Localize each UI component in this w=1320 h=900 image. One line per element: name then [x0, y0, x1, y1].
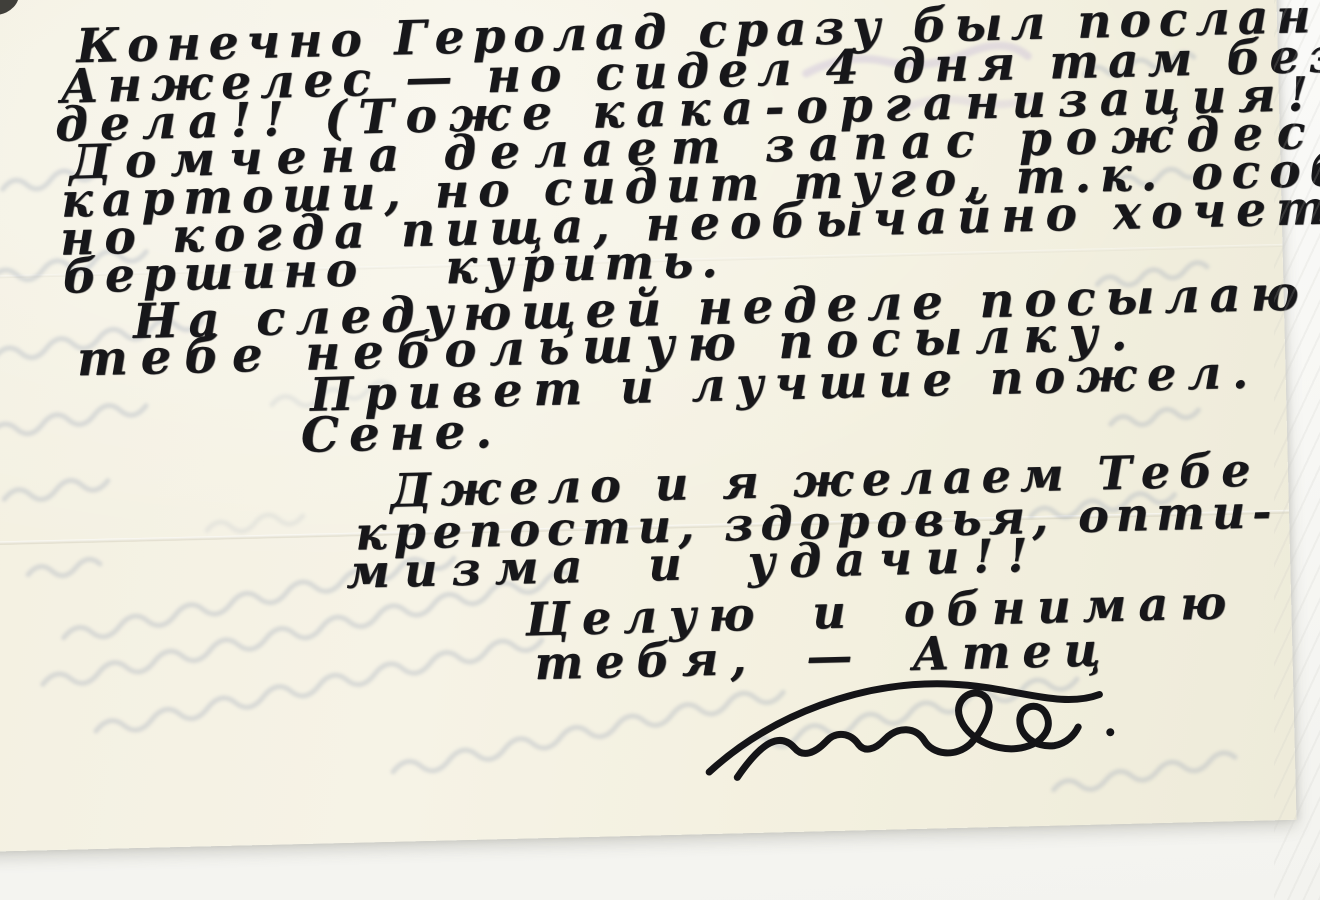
signature-flourish	[699, 662, 1132, 792]
scanned-letter-page: Конечно Геролад сразу был послан в Лос А…	[0, 0, 1320, 900]
letter-line: Сене.	[300, 407, 502, 460]
letter-paper-sheet: Конечно Геролад сразу был послан в Лос А…	[0, 0, 1297, 852]
